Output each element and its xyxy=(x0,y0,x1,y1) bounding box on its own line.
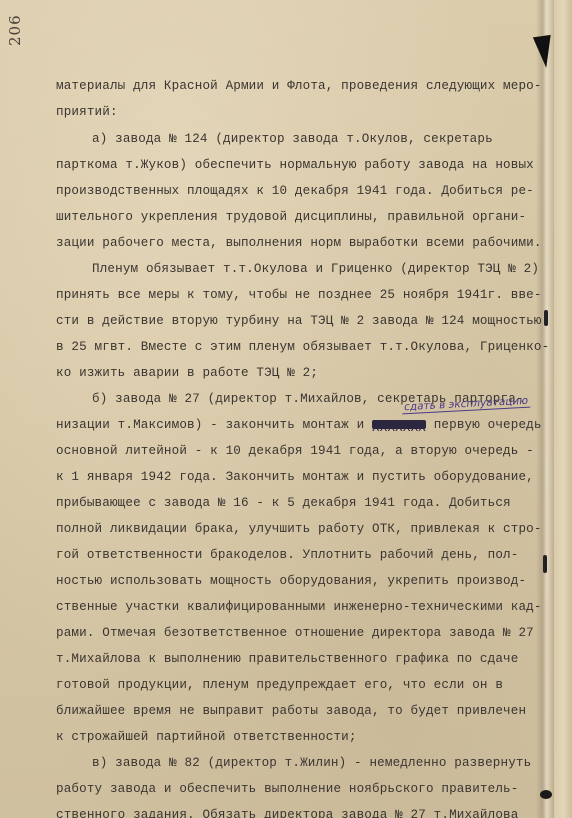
text-line: сти в действие вторую турбину на ТЭЦ № 2… xyxy=(56,313,542,329)
text-line: полной ликвидации брака, улучшить работу… xyxy=(56,521,542,537)
text-line: а) завода № 124 (директор завода т.Окуло… xyxy=(92,131,493,147)
text-line: основной литейной - к 10 декабря 1941 го… xyxy=(56,443,534,459)
paper-edge xyxy=(554,0,572,818)
text-line: т.Михайлова к выполнению правительственн… xyxy=(56,651,518,667)
struck-out-word: XXXXXXX xyxy=(372,420,426,429)
text-line: парткома т.Жуков) обеспечить нормальную … xyxy=(56,157,534,173)
text-line: производственных площадях к 10 декабря 1… xyxy=(56,183,534,199)
text-line: ственного задания. Обязать директора зав… xyxy=(56,807,518,818)
document-page: 206 материалы для Красной Армии и Флота,… xyxy=(0,0,572,818)
text-segment: первую очередь xyxy=(426,418,542,432)
paper-tear xyxy=(543,555,547,573)
text-line: ближайшее время не выправит работы завод… xyxy=(56,703,526,719)
text-line: рами. Отмечая безответственное отношение… xyxy=(56,625,534,641)
text-segment: низации т.Максимов) - закончить монтаж и xyxy=(56,418,364,432)
archive-page-number: 206 xyxy=(6,14,24,46)
text-line: Пленум обязывает т.т.Окулова и Гриценко … xyxy=(92,261,539,277)
text-line: низации т.Максимов) - закончить монтаж и… xyxy=(56,417,542,433)
text-line: зации рабочего места, выполнения норм вы… xyxy=(56,235,542,251)
text-line: к строжайшей партийной ответственности; xyxy=(56,729,357,745)
text-line: материалы для Красной Армии и Флота, про… xyxy=(56,78,542,94)
text-line: ственные участки квалифицированными инже… xyxy=(56,599,542,615)
paper-fold xyxy=(536,0,554,818)
text-line: к 1 января 1942 года. Закончить монтаж и… xyxy=(56,469,534,485)
text-line: работу завода и обеспечить выполнение но… xyxy=(56,781,518,797)
text-line: ностью использовать мощность оборудовани… xyxy=(56,573,526,589)
text-line: в 25 мгвт. Вместе с этим пленум обязывае… xyxy=(56,339,549,355)
binding-hole xyxy=(540,790,552,799)
text-line: приятий: xyxy=(56,104,118,120)
paper-tear xyxy=(544,310,548,326)
text-line: шительного укрепления трудовой дисциплин… xyxy=(56,209,526,225)
text-line: в) завода № 82 (директор т.Жилин) - неме… xyxy=(92,755,531,771)
text-line: принять все меры к тому, чтобы не поздне… xyxy=(56,287,542,303)
text-line: гой ответственности бракоделов. Уплотнит… xyxy=(56,547,518,563)
text-line: прибывающее с завода № 16 - к 5 декабря … xyxy=(56,495,511,511)
text-line: ко изжить аварии в работе ТЭЦ № 2; xyxy=(56,365,318,381)
text-line: готовой продукции, пленум предупреждает … xyxy=(56,677,503,693)
